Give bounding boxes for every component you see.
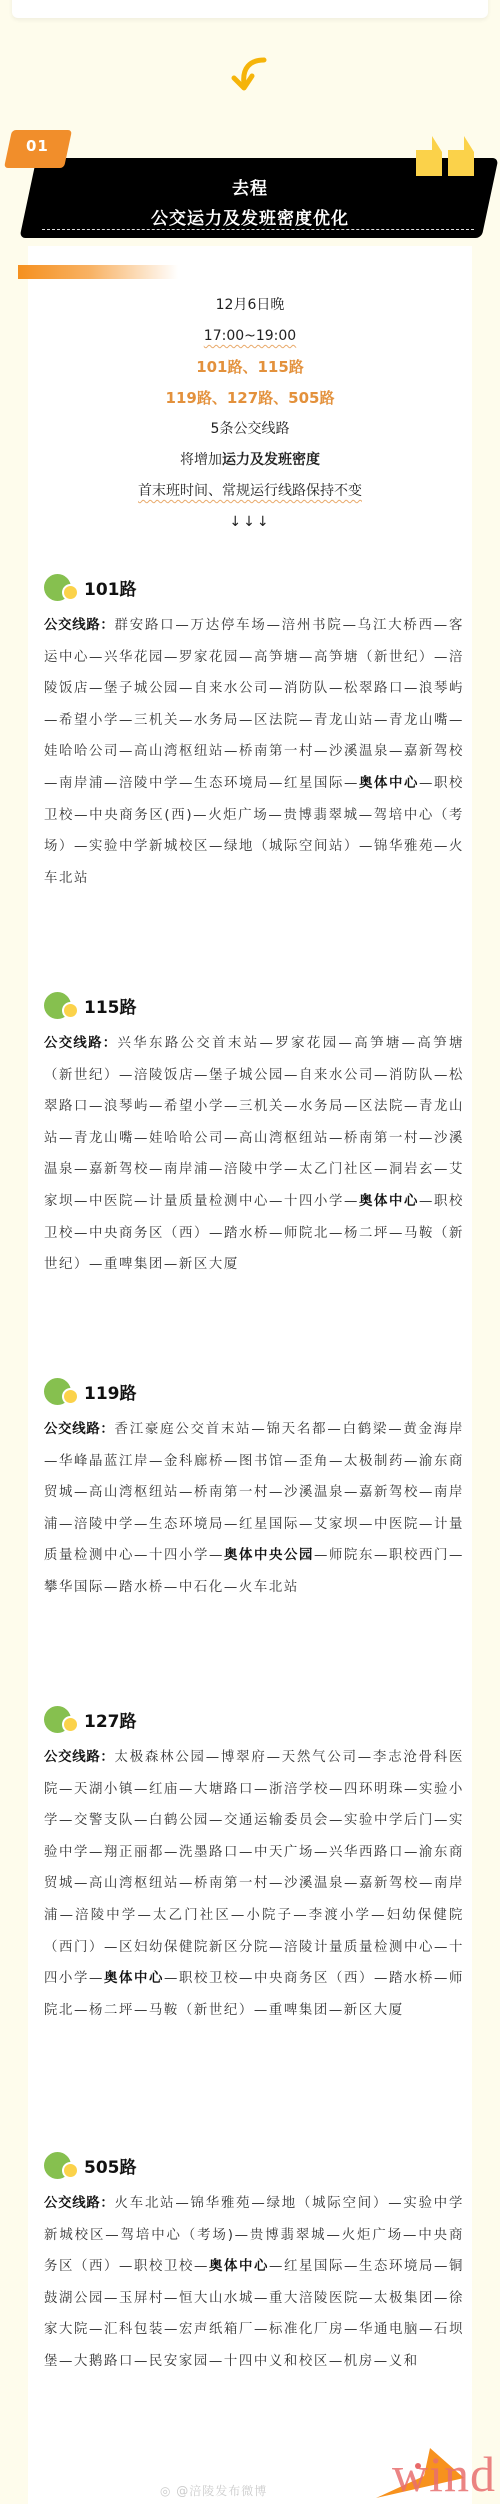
route-stops-before: 群安路口—万达停车场—涪州书院—乌江大桥西—客运中心—兴华花园—罗家花园—高笋塘…	[44, 618, 464, 791]
wind-logo: wind	[372, 2442, 500, 2504]
previous-card-bottom	[12, 0, 488, 18]
route-block-115: 115路 公交线路：兴华东路公交首末站—罗家花园—高笋塘—高笋塘（新世纪）—涪陵…	[44, 990, 464, 1281]
quote-mark-icon	[448, 136, 474, 176]
intro-increase-prefix: 将增加	[180, 452, 222, 468]
route-stops: 公交线路：火车北站—锦华雅苑—绿地（城际空间）—实验中学新城校区—驾培中心（考场…	[44, 2188, 464, 2378]
intro-count: 5条公交线路	[28, 414, 472, 445]
route-bullet-icon	[44, 572, 78, 602]
header-title: 去程	[0, 174, 500, 199]
weibo-icon: ◎	[160, 2484, 176, 2498]
intro-increase-bold: 运力及发班密度	[222, 452, 320, 468]
route-name: 101路	[84, 575, 137, 600]
route-label: 公交线路：	[44, 1750, 115, 1765]
route-name: 505路	[84, 2153, 137, 2178]
quote-mark-icon	[416, 136, 442, 176]
route-stops-before: 香江豪庭公交首末站—锦天名都—白鹤梁—黄金海岸—华峰晶蓝江岸—金科廊桥—图书馆—…	[44, 1422, 464, 1563]
route-stops-before: 太极森林公园—博翠府—天然气公司—李志沧骨科医院—天湖小镇—红庙—大塘路口—浙涪…	[44, 1750, 464, 1986]
watermark-text: @涪陵发布微博	[176, 2484, 267, 2498]
route-block-505: 505路 公交线路：火车北站—锦华雅苑—绿地（城际空间）—实验中学新城校区—驾培…	[44, 2150, 464, 2378]
route-label: 公交线路：	[44, 618, 115, 633]
route-name: 119路	[84, 1379, 137, 1404]
curved-arrow-down-icon	[228, 54, 272, 96]
route-stops-after: —红星国际—生态环境局—铜鼓湖公园—玉屏村—恒大山水城—重大涪陵医院—太极集团—…	[44, 2259, 464, 2369]
route-bullet-icon	[44, 2150, 78, 2180]
intro-note: 首末班时间、常规运行线路保持不变	[138, 483, 362, 499]
route-label: 公交线路：	[44, 1422, 115, 1437]
weibo-watermark: ◎ @涪陵发布微博	[160, 2482, 267, 2499]
route-stops-after: —职校卫校—中央商务区(西)—火炬广场—贵博翡翠城—驾培中心（考场）—实验中学新…	[44, 776, 464, 886]
orange-gradient-bar	[18, 265, 178, 279]
route-stop-highlight: 奥体中心	[359, 776, 419, 791]
route-label: 公交线路：	[44, 1036, 117, 1051]
route-stops: 公交线路：群安路口—万达停车场—涪州书院—乌江大桥西—客运中心—兴华花园—罗家花…	[44, 610, 464, 894]
route-block-119: 119路 公交线路：香江豪庭公交首末站—锦天名都—白鹤梁—黄金海岸—华峰晶蓝江岸…	[44, 1376, 464, 1604]
intro-block: 12月6日晚 17:00~19:00 101路、115路 119路、127路、5…	[28, 290, 472, 538]
route-stops-before: 兴华东路公交首末站—罗家花园—高笋塘—高笋塘（新世纪）—涪陵饭店—堡子城公园—自…	[44, 1036, 464, 1209]
route-bullet-icon	[44, 1704, 78, 1734]
route-name: 127路	[84, 1707, 137, 1732]
route-stops: 公交线路：兴华东路公交首末站—罗家花园—高笋塘—高笋塘（新世纪）—涪陵饭店—堡子…	[44, 1028, 464, 1281]
header-subtitle: 公交运力及发班密度优化	[0, 204, 500, 229]
intro-routes-line1: 101路、115路	[28, 352, 472, 383]
section-number: 01	[26, 137, 49, 155]
route-stops: 公交线路：香江豪庭公交首末站—锦天名都—白鹤梁—黄金海岸—华峰晶蓝江岸—金科廊桥…	[44, 1414, 464, 1604]
intro-time: 17:00~19:00	[204, 328, 296, 344]
route-stop-highlight: 奥体中心	[104, 1971, 164, 1986]
intro-increase: 将增加运力及发班密度	[28, 445, 472, 476]
route-block-127: 127路 公交线路：太极森林公园—博翠府—天然气公司—李志沧骨科医院—天湖小镇—…	[44, 1704, 464, 2026]
route-bullet-icon	[44, 1376, 78, 1406]
route-stop-highlight: 奥体中心	[359, 1194, 419, 1209]
route-name: 115路	[84, 993, 137, 1018]
intro-routes-line2: 119路、127路、505路	[28, 383, 472, 414]
header-dashed-divider	[42, 229, 474, 230]
route-stop-highlight: 奥体中央公园	[224, 1548, 314, 1563]
route-stops: 公交线路：太极森林公园—博翠府—天然气公司—李志沧骨科医院—天湖小镇—红庙—大塘…	[44, 1742, 464, 2026]
route-bullet-icon	[44, 990, 78, 1020]
route-stop-highlight: 奥体中心	[209, 2259, 269, 2274]
route-label: 公交线路：	[44, 2196, 115, 2211]
down-arrows-icon: ↓↓↓	[28, 507, 472, 538]
route-block-101: 101路 公交线路：群安路口—万达停车场—涪州书院—乌江大桥西—客运中心—兴华花…	[44, 572, 464, 894]
wind-logo-text: wind	[392, 2446, 496, 2502]
section-header: 01 去程 公交运力及发班密度优化	[0, 128, 500, 240]
intro-date: 12月6日晚	[28, 290, 472, 321]
